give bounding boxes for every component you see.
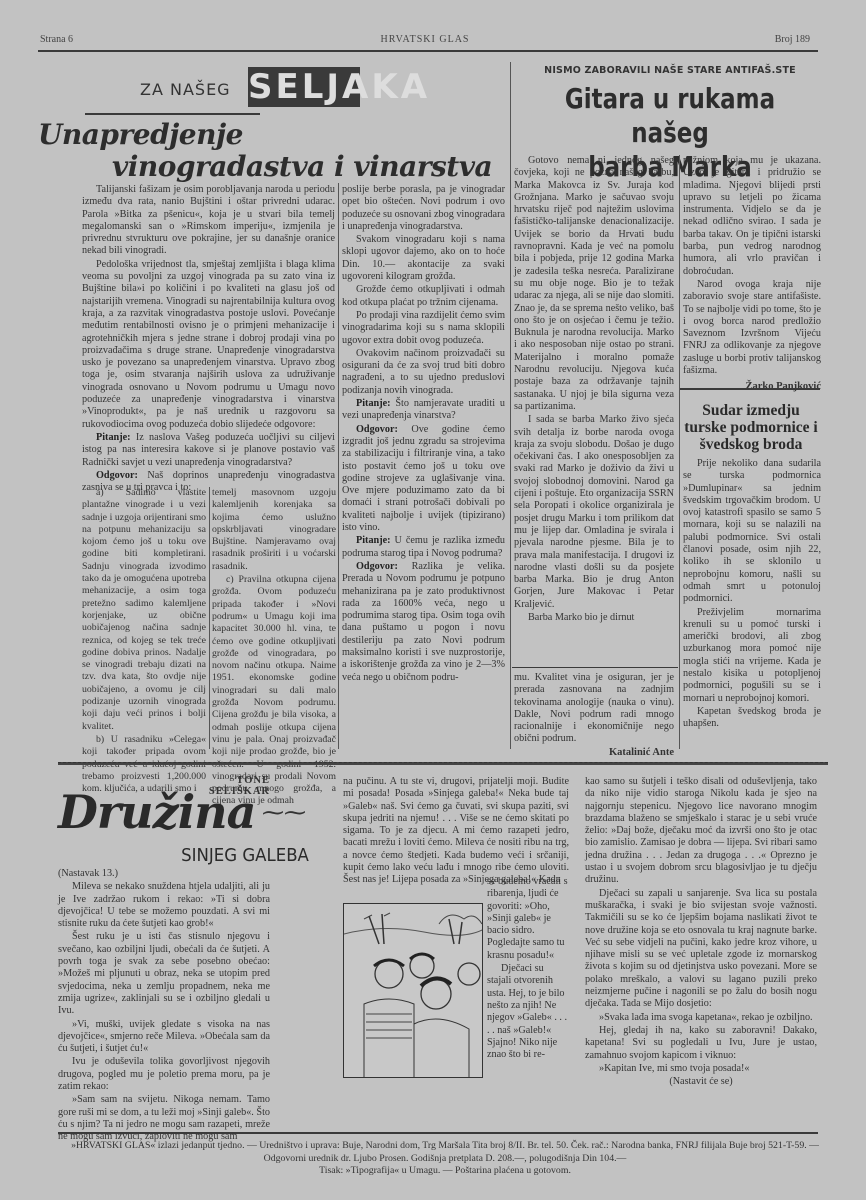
author-signature: Katalinić Ante — [514, 747, 674, 759]
paragraph: »Kapitan Ive, mi smo tvoja posada!« — [585, 1063, 817, 1075]
section-divider — [58, 762, 828, 765]
druzina-column-2-side: se budemo vraćali s ribarenja, ljudi će … — [487, 876, 569, 1062]
paragraph: pažnjom koja mu je ukazana. Uzeo je gita… — [683, 155, 821, 278]
druzina-column-1: (Nastavak 13.) Mileva se nekako snuždena… — [58, 868, 270, 1145]
paragraph: Kapetan švedskog broda je uhapšen. — [683, 706, 821, 731]
paragraph: Prije nekoliko dana sudarila se turska p… — [683, 458, 821, 606]
paragraph: I sada se barba Marko živo sjeća svih de… — [514, 414, 674, 611]
gitara-column-2: pažnjom koja mu je ukazana. Uzeo je gita… — [683, 155, 821, 394]
continuation-note: (Nastavak 13.) — [58, 868, 270, 880]
column-divider — [209, 487, 210, 749]
paragraph: Ivu je oduševila tolika govorljivost nje… — [58, 1056, 270, 1093]
footer-rule — [58, 1132, 818, 1134]
paragraph: Talijanski fašizam je osim porobljavanja… — [82, 184, 335, 258]
answer-text: Razlika je velika. Prerada u Novom podru… — [342, 561, 505, 683]
masthead: HRVATSKI GLAS — [40, 34, 810, 45]
serial-title: Družina — [58, 785, 255, 839]
column-divider — [679, 155, 680, 749]
colophon-line: Tisak: »Tipografija« u Umagu. — Poštarin… — [60, 1165, 830, 1178]
colophon-line: »HRVATSKI GLAS« izlazi jedanput tjedno. … — [60, 1140, 830, 1165]
paragraph: Dječaci su zapali u sanjarenje. Sva lica… — [585, 888, 817, 1011]
paragraph: Preživjelim mornarima krenuli su u pomoć… — [683, 607, 821, 705]
paragraph: poslije berbe porasla, pa je vinogradar … — [342, 184, 505, 233]
article-title-line1: Unapredjenje — [38, 118, 243, 151]
paragraph: Barba Marko bio je dirnut — [514, 612, 674, 624]
paragraph: temelj masovnom uzgoju kalemljenih koren… — [212, 487, 336, 573]
paragraph: Ovakovim načinom proizvađači su osiguran… — [342, 348, 505, 397]
paragraph: Gotovo nema ni jednog našeg čovjeka, koj… — [514, 155, 674, 413]
paragraph: »Svaka lađa ima svoga kapetana«, rekao j… — [585, 1012, 817, 1024]
to-be-continued: (Nastavit će se) — [585, 1076, 817, 1088]
boys-cheering-drawing-icon — [344, 904, 483, 1078]
illustration — [343, 903, 483, 1078]
article-title-line2: vinogradastva i vinarstva — [112, 150, 492, 183]
paragraph: kao samo su šutjeli i teško disali od od… — [585, 776, 817, 887]
newspaper-page: Strana 6 HRVATSKI GLAS Broj 189 ZA NAŠEG… — [0, 0, 866, 1200]
section-rule — [512, 667, 678, 668]
column-c: poslije berbe porasla, pa je vinogradar … — [342, 184, 505, 685]
druzina-column-2-top: na pučinu. A tu ste vi, drugovi, prijate… — [343, 776, 569, 888]
article-intro: Talijanski fašizam je osim porobljavanja… — [82, 184, 335, 495]
paragraph: Svakom vinogradaru koji s nama sklopi ug… — [342, 234, 505, 283]
paragraph: »Sam sam na svijetu. Nikoga nemam. Tamo … — [58, 1094, 270, 1143]
paragraph: Šest ruku je u isti čas stisnulo njegovu… — [58, 931, 270, 1017]
answer-label: Odgovor: — [96, 470, 138, 481]
vino-continuation: mu. Kvalitet vina je osiguran, jer je pr… — [514, 672, 674, 759]
colophon: »HRVATSKI GLAS« izlazi jedanput tjedno. … — [60, 1140, 830, 1178]
paragraph: Po prodaji vina razdijelit ćemo svim vin… — [342, 310, 505, 347]
page-header: Strana 6 HRVATSKI GLAS Broj 189 — [40, 34, 810, 48]
article-title-line1: Gitara u rukama našeg — [547, 82, 793, 150]
answer-label: Odgovor: — [356, 424, 398, 435]
gull-ornament-icon: ⁓⁓ — [262, 800, 306, 826]
banner-rule — [85, 113, 260, 115]
header-rule — [38, 50, 818, 52]
paragraph: Dječaci su stajali otvorenih usta. Hej, … — [487, 963, 569, 1061]
druzina-column-3: kao samo su šutjeli i teško disali od od… — [585, 776, 817, 1089]
section-kicker: ZA NAŠEG — [140, 80, 231, 99]
issue-number: Broj 189 — [775, 34, 810, 45]
section-banner: SELJAKA — [248, 67, 360, 107]
serial-subtitle: SINJEG GALEBA — [170, 845, 270, 866]
column-divider — [338, 183, 339, 749]
paragraph: »Vi, muški, uvijek gledate s visoka na n… — [58, 1019, 270, 1056]
column-b: temelj masovnom uzgoju kalemljenih koren… — [212, 487, 336, 809]
question-label: Pitanje: — [356, 398, 391, 409]
paragraph: na pučinu. A tu ste vi, drugovi, prijate… — [343, 776, 569, 887]
paragraph: se budemo vraćali s ribarenja, ljudi će … — [487, 876, 569, 962]
paragraph: Grožđe ćemo otkupljivati i odmah kod otk… — [342, 284, 505, 309]
gitara-column-1: Gotovo nema ni jednog našeg čovjeka, koj… — [514, 155, 674, 625]
answer-text: Ove godine ćemo izgradit još jednu zgrad… — [342, 424, 505, 533]
sudar-body: Prije nekoliko dana sudarila se turska p… — [683, 458, 821, 732]
question-label: Pitanje: — [96, 432, 131, 443]
paragraph: Pedološka vrijednost tla, smještaj zemlj… — [82, 259, 335, 431]
paragraph: c) Pravilna otkupna cijena grožđa. Ovom … — [212, 574, 336, 808]
paragraph: Mileva se nekako snuždena htjela udaljit… — [58, 881, 270, 930]
article-kicker: NISMO ZABORAVILI NAŠE STARE ANTIFAŠ.STE — [520, 65, 820, 76]
column-a: a) Sadimo vlastite plantažne vinograde i… — [82, 487, 206, 796]
article-title: Sudar izmedju turske podmornice i švedsk… — [681, 402, 821, 453]
paragraph: Hej, gledaj ih na, kako su zaboravni! Da… — [585, 1025, 817, 1062]
paragraph: a) Sadimo vlastite plantažne vinograde i… — [82, 487, 206, 733]
question-label: Pitanje: — [356, 535, 391, 546]
paragraph: Narod ovoga kraja nije zaboravio svoje s… — [683, 279, 821, 377]
column-divider — [510, 62, 511, 749]
answer-label: Odgovor: — [356, 561, 398, 572]
paragraph: mu. Kvalitet vina je osiguran, jer je pr… — [514, 672, 674, 746]
section-rule — [680, 388, 820, 390]
